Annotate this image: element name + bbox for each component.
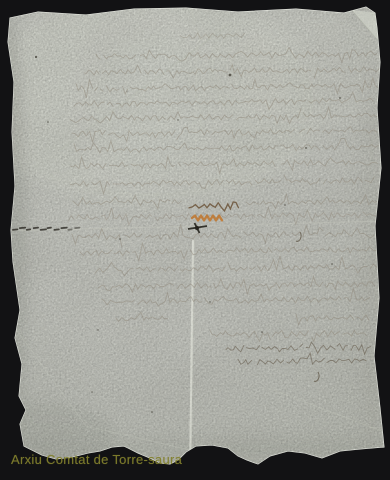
photo-background: Arxiu Comtat de Torre-saura: [0, 0, 390, 480]
archive-watermark: Arxiu Comtat de Torre-saura: [11, 453, 182, 466]
manuscript-photo: [0, 0, 390, 480]
paper-grain: [0, 0, 390, 480]
